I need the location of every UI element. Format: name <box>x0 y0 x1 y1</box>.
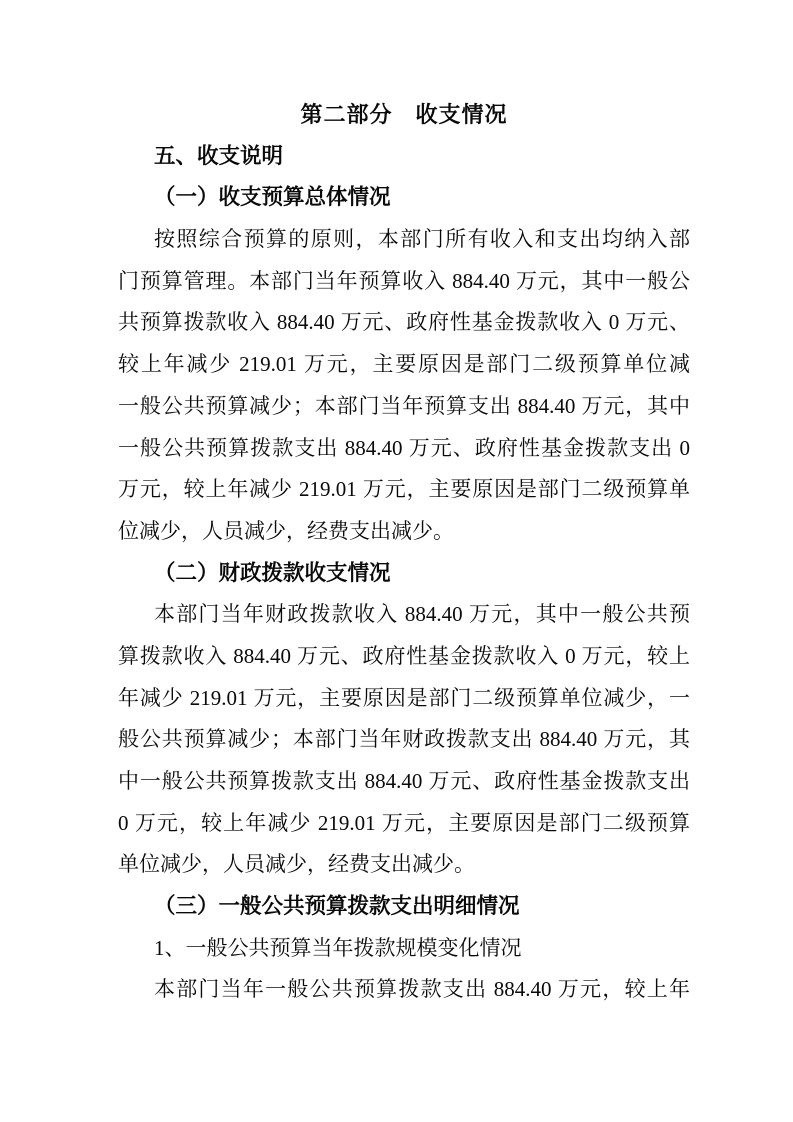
heading-h2: （三）一般公共预算拨款支出明细情况 <box>118 886 690 928</box>
paragraph-line: 般公共预算减少；本部门当年财政拨款支出 884.40 万元，其 <box>118 719 690 761</box>
paragraph-line: 万元，较上年减少 219.01 万元，主要原因是部门二级预算单 <box>118 469 690 511</box>
document-page: 第二部分 收支情况 五、收支说明（一）收支预算总体情况按照综合预算的原则，本部门… <box>0 0 793 1122</box>
paragraph-line: 中一般公共预算拨款支出 884.40 万元、政府性基金拨款支出 <box>118 761 690 803</box>
paragraph-line: 算拨款收入 884.40 万元、政府性基金拨款收入 0 万元，较上 <box>118 636 690 678</box>
paragraph-line: 较上年减少 219.01 万元，主要原因是部门二级预算单位减少， <box>118 344 690 386</box>
heading-h3: 1、一般公共预算当年拨款规模变化情况 <box>118 928 690 970</box>
paragraph-line: 按照综合预算的原则，本部门所有收入和支出均纳入部 <box>118 219 690 261</box>
paragraph-line: 本部门当年一般公共预算拨款支出 884.40 万元，较上年 <box>118 969 690 1011</box>
heading-h1: 五、收支说明 <box>118 136 690 178</box>
paragraph-line: 一般公共预算拨款支出 884.40 万元、政府性基金拨款支出 0 <box>118 428 690 470</box>
paragraph-line: 共预算拨款收入 884.40 万元、政府性基金拨款收入 0 万元、 <box>118 302 690 344</box>
paragraph-line: 0 万元，较上年减少 219.01 万元，主要原因是部门二级预算 <box>118 803 690 845</box>
heading-h2: （二）财政拨款收支情况 <box>118 553 690 595</box>
paragraph-line: 门预算管理。本部门当年预算收入 884.40 万元，其中一般公 <box>118 261 690 303</box>
paragraph-line: 年减少 219.01 万元，主要原因是部门二级预算单位减少，一 <box>118 678 690 720</box>
paragraph-line: 一般公共预算减少；本部门当年预算支出 884.40 万元，其中 <box>118 386 690 428</box>
paragraph-line: 本部门当年财政拨款收入 884.40 万元，其中一般公共预 <box>118 594 690 636</box>
paragraph-line: 位减少，人员减少，经费支出减少。 <box>118 511 690 553</box>
paragraph-line: 单位减少，人员减少，经费支出减少。 <box>118 844 690 886</box>
page-title: 第二部分 收支情况 <box>118 94 690 136</box>
heading-h2: （一）收支预算总体情况 <box>118 177 690 219</box>
document-body: 五、收支说明（一）收支预算总体情况按照综合预算的原则，本部门所有收入和支出均纳入… <box>118 136 690 1011</box>
